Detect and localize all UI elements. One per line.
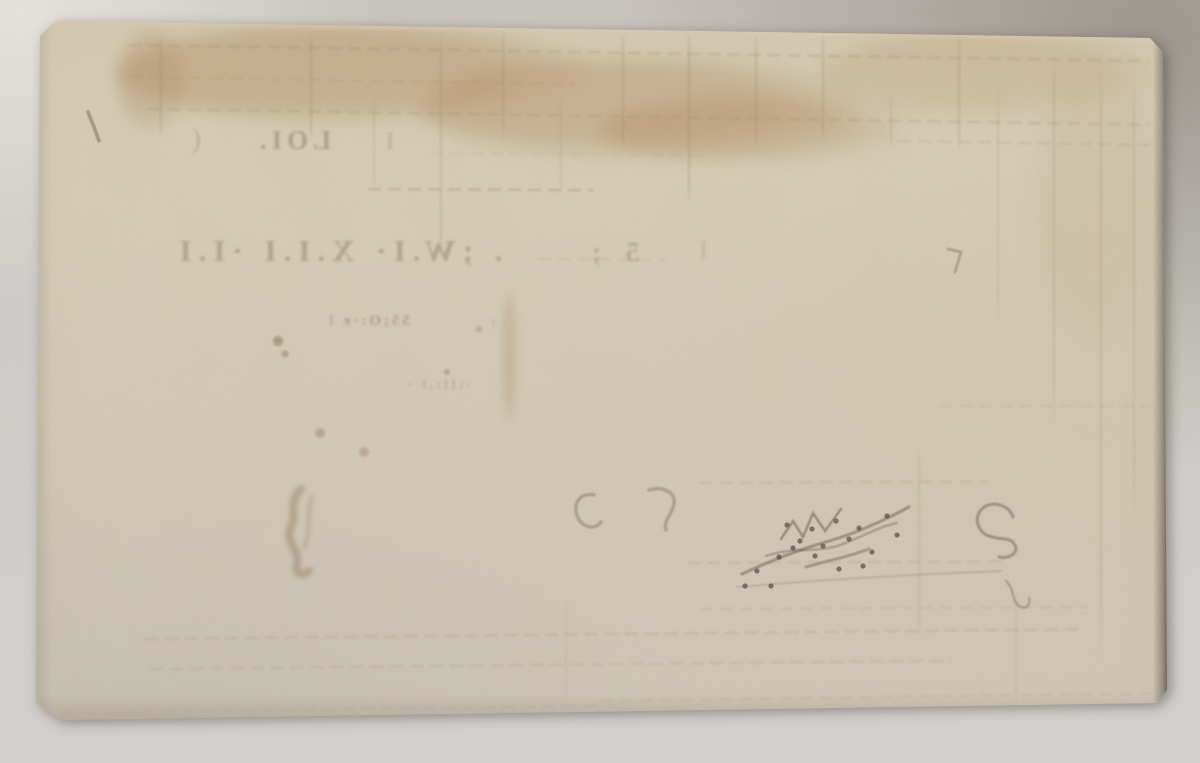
- paper-shadow: (LOI.I. ;W.I· X.I.I ·I.I5 ;I55;O:·e !: !…: [0, 0, 1200, 763]
- photo: (LOI.I. ;W.I· X.I.I ·I.I5 ;I55;O:·e !: !…: [0, 0, 1200, 763]
- paper-sheet: (LOI.I. ;W.I· X.I.I ·I.I5 ;I55;O:·e !: !…: [0, 0, 1200, 763]
- paper-vignette: [0, 0, 1200, 763]
